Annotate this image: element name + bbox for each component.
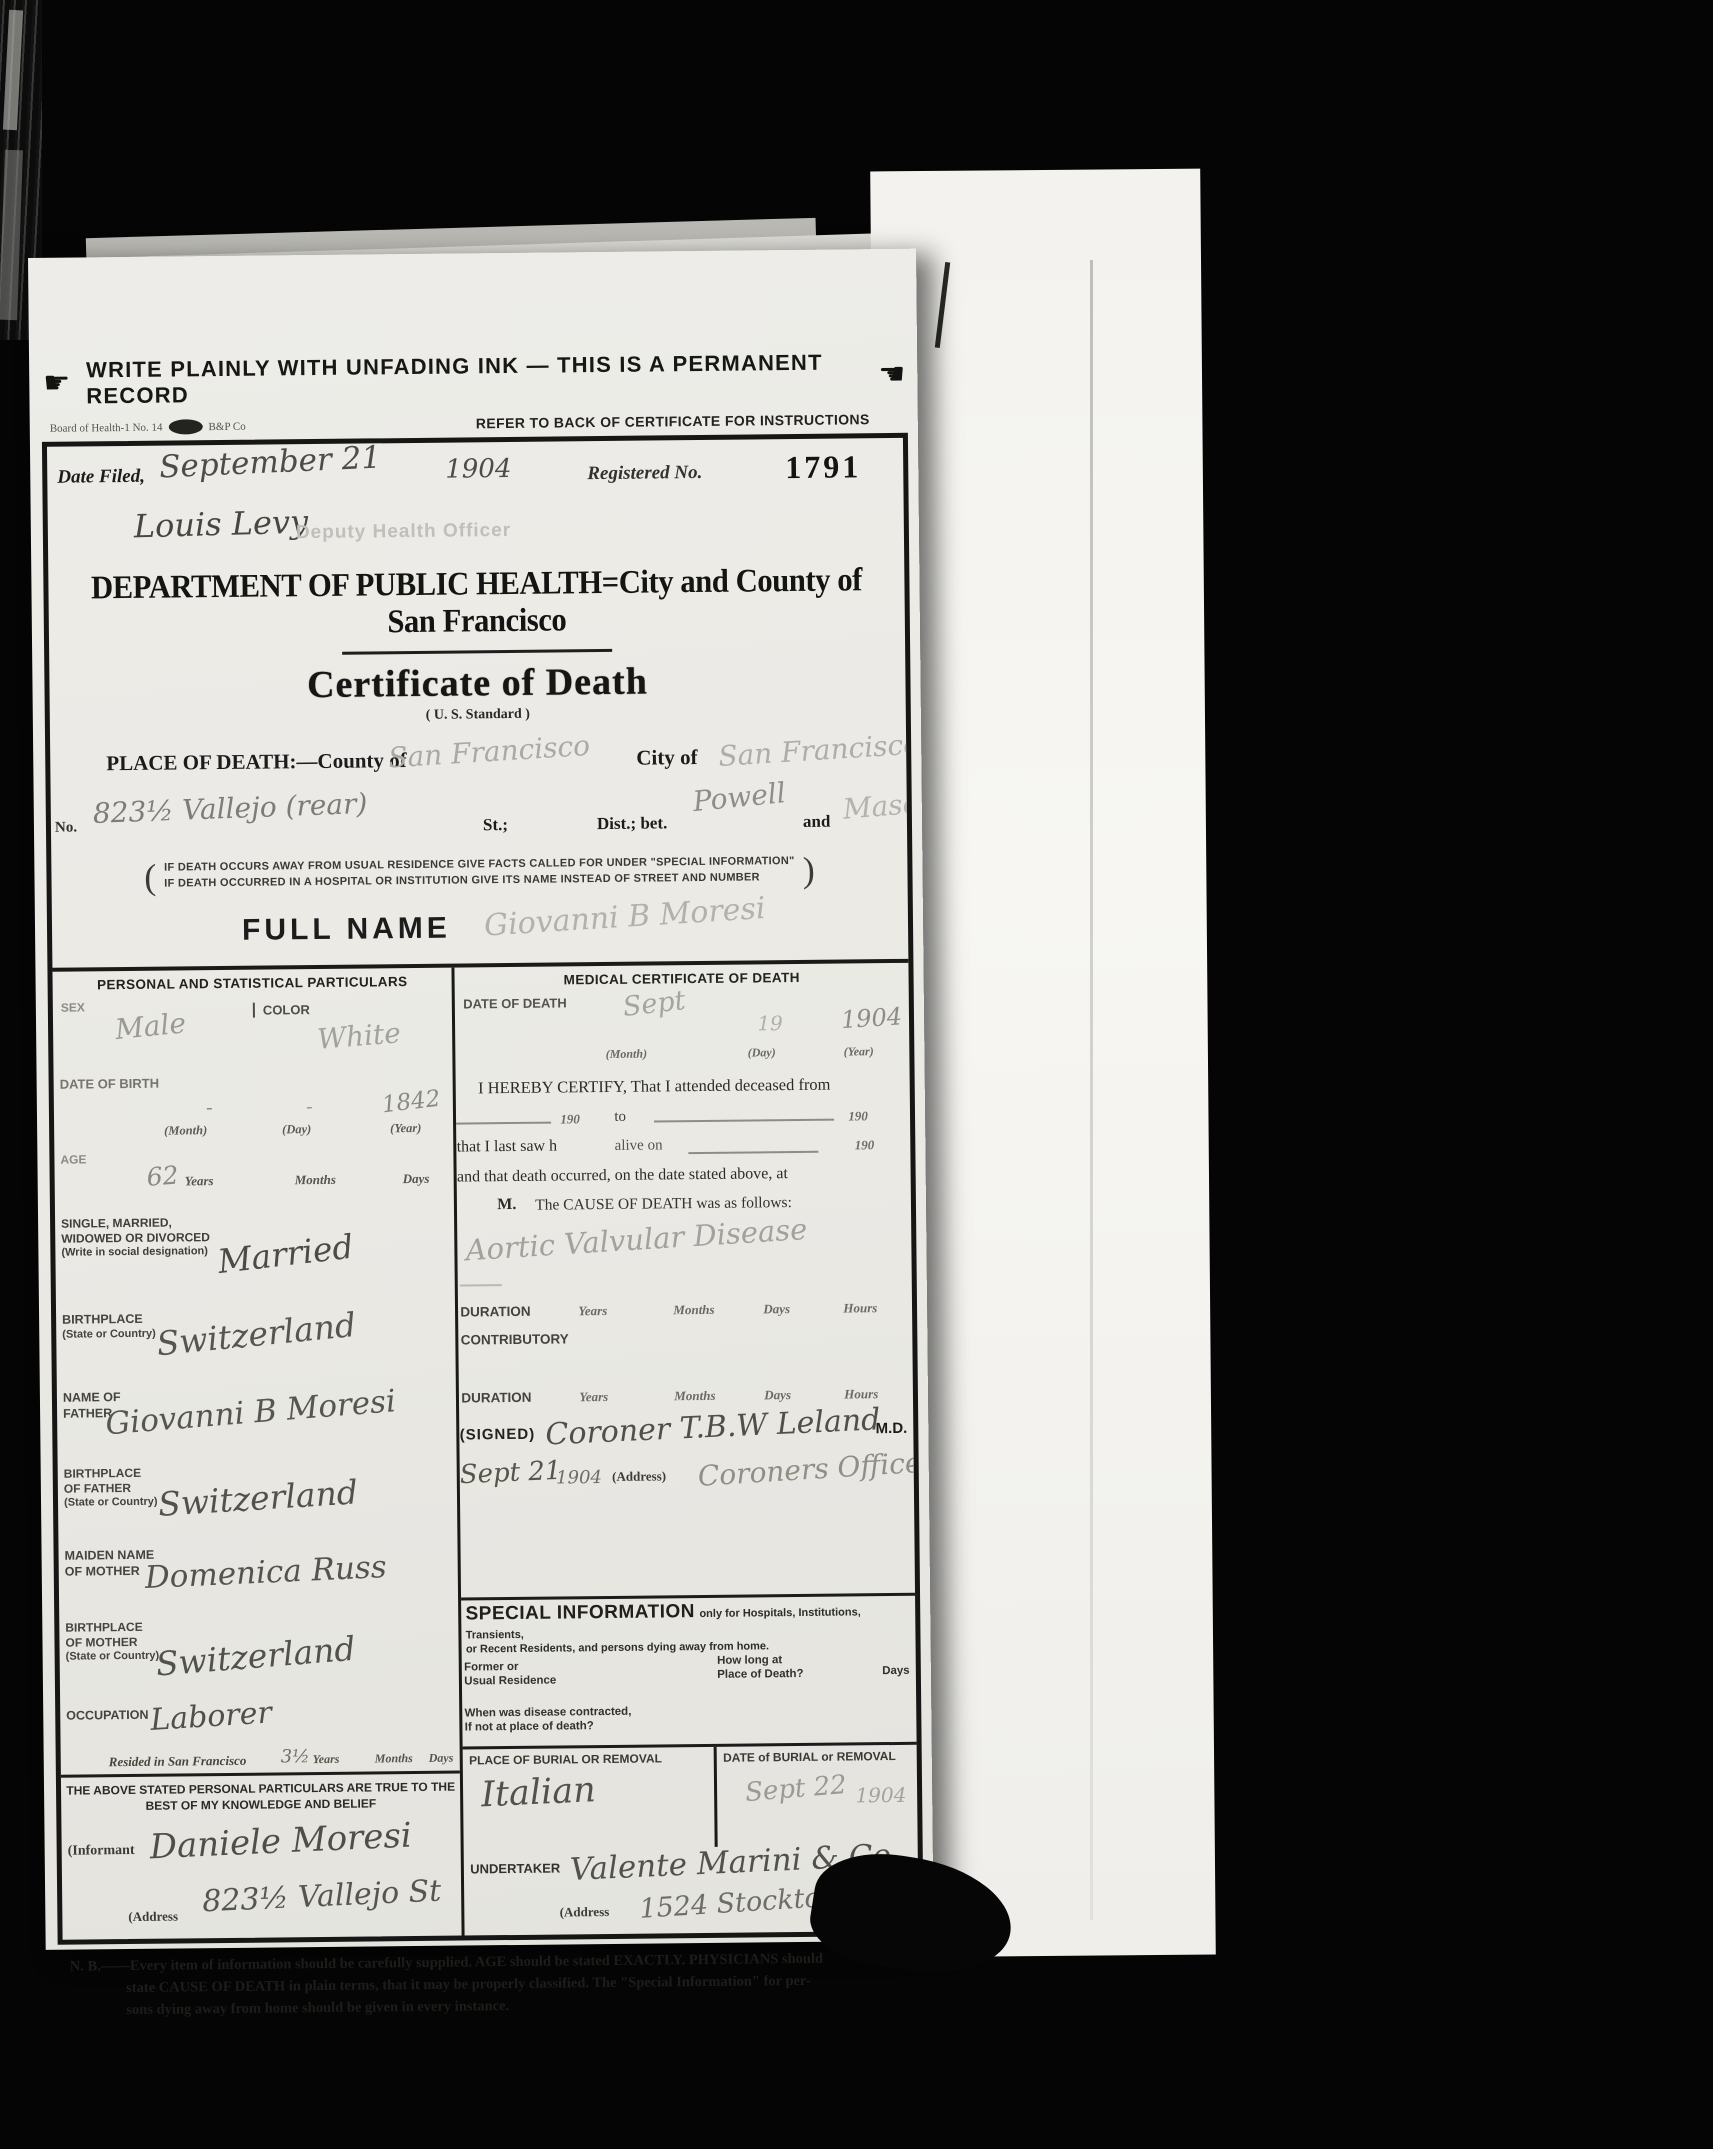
form-code: Board of Health-1 No. 14 B&P Co <box>50 419 246 436</box>
registrar-signature: Louis Levy <box>133 503 308 546</box>
signed-date-row: Sept 21 1904 (Address) Coroners Office <box>460 1454 914 1499</box>
cause-of-death-label: The CAUSE OF DEATH was as follows: <box>535 1194 792 1215</box>
duration2-months: Months <box>674 1388 715 1404</box>
dist-label: Dist.; bet. <box>597 813 668 834</box>
undertaker-address-label: (Address <box>560 1904 610 1921</box>
color-value: White <box>316 1016 402 1056</box>
burial-date-value: Sept 22 <box>744 1770 848 1808</box>
dod-day-label: (Day) <box>748 1045 776 1060</box>
duration-months: Months <box>673 1302 714 1318</box>
age-row: AGE 62 Years Months Days <box>54 1147 454 1213</box>
father-birthplace-label: BIRTHPLACE OF FATHER (State or Country) <box>64 1466 158 1511</box>
city-value: San Francisco <box>717 727 921 773</box>
marital-row: SINGLE, MARRIED, WIDOWED OR DIVORCED (Wr… <box>55 1209 455 1305</box>
marital-label: SINGLE, MARRIED, WIDOWED OR DIVORCED (Wr… <box>61 1215 210 1260</box>
dob-month-label: (Month) <box>164 1123 207 1138</box>
duration2-days: Days <box>764 1387 791 1403</box>
dod-month-label: (Month) <box>606 1047 647 1062</box>
informant-value: Daniele Moresi <box>149 1816 413 1868</box>
last-saw-row: that I last saw h alive on 190 <box>457 1130 911 1165</box>
top-banner: ☛ WRITE PLAINLY WITH UNFADING INK — THIS… <box>43 349 905 410</box>
certify-190a: 190 <box>560 1111 580 1127</box>
signed-date-year: 1904 <box>556 1467 602 1488</box>
and-street-value: Mason <box>842 785 924 825</box>
signed-address-label: (Address) <box>612 1468 666 1485</box>
informant-address-label: (Address <box>128 1909 178 1926</box>
backing-page-crease <box>1090 260 1093 1920</box>
certificate-border-box: Date Filed, September 21 1904 Registered… <box>42 433 924 1945</box>
duration2-label: DURATION <box>461 1390 531 1406</box>
informant-address-row: (Address 823½ Vallejo St <box>62 1876 462 1940</box>
sex-color-row: SEX Male COLOR White <box>53 993 453 1071</box>
personal-column: PERSONAL AND STATISTICAL PARTICULARS SEX… <box>52 968 464 1940</box>
birthplace-value: Switzerland <box>155 1305 358 1363</box>
former-residence-row: Former or Usual Residence How long at Pl… <box>462 1648 916 1703</box>
age-label: AGE <box>60 1152 86 1166</box>
mother-value: Domenica Russ <box>144 1549 387 1596</box>
informant-label: (Informant <box>68 1843 135 1860</box>
street-no-label: No. <box>55 820 77 837</box>
and-label: and <box>803 812 831 832</box>
resided-years-value: 3½ <box>281 1746 310 1767</box>
birthplace-row: BIRTHPLACE (State or Country) Switzerlan… <box>56 1301 456 1379</box>
open-paren: ( <box>144 856 156 898</box>
date-filed-year: 1904 <box>445 454 511 485</box>
former-residence-label: Former or Usual Residence <box>464 1660 556 1690</box>
duration-days: Days <box>763 1301 790 1317</box>
form-meta-row: Board of Health-1 No. 14 B&P Co REFER TO… <box>50 411 900 436</box>
special-info-title: SPECIAL INFORMATION <box>465 1601 695 1624</box>
alive-on-text: alive on <box>615 1137 663 1155</box>
dob-label: DATE OF BIRTH <box>60 1076 160 1092</box>
street-row: No. 823½ Vallejo (rear) St.; Dist.; bet.… <box>51 785 908 856</box>
burial-date-cell: DATE of BURIAL or REMOVAL Sept 22 1904 <box>717 1745 918 1847</box>
full-name-row: FULL NAME Giovanni B Moresi <box>52 891 909 968</box>
informant-address-value: 823½ Vallejo St <box>202 1874 442 1920</box>
m-label: M. <box>497 1196 516 1214</box>
disease-contracted-label: When was disease contracted, If not at p… <box>465 1705 632 1735</box>
full-name-label: FULL NAME <box>242 912 451 948</box>
duration2-hours: Hours <box>844 1386 878 1402</box>
resided-label: Resided in San Francisco <box>109 1753 247 1770</box>
duration2-years: Years <box>579 1389 608 1405</box>
registered-no-label: Registered No. <box>587 462 702 485</box>
registered-no-value: 1791 <box>785 448 861 486</box>
close-paren: ) <box>802 849 814 891</box>
footnote: N. B.——Every item of information should … <box>70 1948 917 2022</box>
resided-years-label: Years <box>313 1752 340 1767</box>
special-info-header: SPECIAL INFORMATION only for Hospitals, … <box>461 1596 915 1653</box>
contributory-label: CONTRIBUTORY <box>461 1331 569 1347</box>
birthplace-label: BIRTHPLACE (State or Country) <box>62 1312 156 1342</box>
informant-row: (Informant Daniele Moresi <box>61 1820 461 1880</box>
burial-place-cell: PLACE OF BURIAL OR REMOVAL Italian <box>463 1747 718 1850</box>
registrar-stamp: Deputy Health Officer <box>296 520 511 544</box>
date-of-death-day: 19 <box>757 1011 783 1035</box>
date-filed-label: Date Filed, <box>57 466 145 489</box>
scanned-death-certificate: ☛ WRITE P ☛ WRITE PLAINLY WITH UNFADING … <box>0 0 1713 2149</box>
contributory-row: CONTRIBUTORY <box>459 1322 913 1357</box>
father-value: Giovanni B Moresi <box>104 1383 397 1442</box>
header-rule <box>342 649 612 655</box>
form-code-left: Board of Health-1 No. 14 <box>50 421 163 434</box>
mother-birthplace-value: Switzerland <box>154 1629 356 1684</box>
mother-row: MAIDEN NAME OF MOTHER Domenica Russ <box>58 1537 458 1617</box>
disease-contracted-row: When was disease contracted, If not at p… <box>462 1698 916 1747</box>
color-label: COLOR <box>253 1002 310 1018</box>
sex-value: Male <box>114 1006 188 1046</box>
dod-year-label: (Year) <box>844 1044 874 1059</box>
sex-label: SEX <box>61 1000 85 1014</box>
occurred-row: and that death occurred, on the date sta… <box>457 1160 911 1195</box>
certify-row: I HEREBY CERTIFY, That I attended deceas… <box>456 1072 910 1107</box>
mother-birthplace-label: BIRTHPLACE OF MOTHER (State or Country) <box>65 1620 159 1665</box>
form-code-right: B&P Co <box>208 420 245 432</box>
age-value: 62 <box>146 1160 180 1191</box>
place-of-death-label: PLACE OF DEATH:—County of <box>106 748 407 776</box>
dob-year-value: 1842 <box>381 1086 442 1119</box>
last-saw-190: 190 <box>855 1137 875 1153</box>
burial-section: PLACE OF BURIAL OR REMOVAL Italian DATE … <box>463 1745 918 1850</box>
dob-day-mark: - <box>306 1094 313 1118</box>
dob-year-label: (Year) <box>390 1121 421 1136</box>
certify-to: to <box>614 1109 626 1126</box>
refer-note: REFER TO BACK OF CERTIFICATE FOR INSTRUC… <box>476 411 870 431</box>
how-long-label: How long at Place of Death? <box>717 1653 804 1683</box>
father-row: NAME OF FATHER Giovanni B Moresi <box>57 1375 457 1461</box>
burial-place-value: Italian <box>481 1770 597 1815</box>
registrar-row: Louis Levy Deputy Health Officer <box>48 498 905 569</box>
signed-date: Sept 21 <box>459 1456 562 1491</box>
pointing-hand-icon: ☚ <box>878 360 905 390</box>
date-of-death-month: Sept <box>622 985 688 1023</box>
dob-day-label: (Day) <box>282 1122 311 1137</box>
occurred-text: and that death occurred, on the date sta… <box>457 1165 788 1186</box>
father-birthplace-row: BIRTHPLACE OF FATHER (State or Country) … <box>58 1457 458 1541</box>
certificate-page: ☛ WRITE PLAINLY WITH UNFADING INK — THIS… <box>28 249 934 1950</box>
burial-place-label: PLACE OF BURIAL OR REMOVAL <box>469 1751 662 1767</box>
occupation-label: OCCUPATION <box>66 1708 148 1724</box>
duration-hours: Hours <box>843 1300 877 1316</box>
date-filed-row: Date Filed, September 21 1904 Registered… <box>47 438 904 507</box>
resided-row: Resided in San Francisco 3½ Years Months… <box>61 1745 461 1775</box>
duration-years: Years <box>578 1303 607 1319</box>
columns: PERSONAL AND STATISTICAL PARTICULARS SEX… <box>52 959 918 1940</box>
burial-date-year: 1904 <box>855 1783 906 1808</box>
full-name-value: Giovanni B Moresi <box>483 891 766 944</box>
occupation-row: OCCUPATION Laborer <box>60 1695 460 1749</box>
date-of-death-year: 1904 <box>841 1002 904 1034</box>
age-years-label: Years <box>185 1173 214 1189</box>
undertaker-label: UNDERTAKER <box>470 1861 560 1877</box>
certify-190b: 190 <box>848 1108 868 1124</box>
resided-days-label: Days <box>429 1751 454 1766</box>
duration-label: DURATION <box>460 1304 530 1320</box>
burial-date-label: DATE of BURIAL or REMOVAL <box>723 1749 896 1765</box>
certify-text: I HEREBY CERTIFY, That I attended deceas… <box>478 1075 831 1099</box>
father-birthplace-value: Switzerland <box>157 1472 359 1523</box>
date-of-death-label: DATE OF DEATH <box>463 995 567 1011</box>
age-days-label: Days <box>403 1171 430 1187</box>
signed-label: (SIGNED) <box>460 1426 536 1444</box>
printer-stamp-icon <box>168 419 202 434</box>
cause-row: Aortic Valvular Disease <box>457 1218 911 1273</box>
age-months-label: Months <box>295 1172 336 1188</box>
date-filed-value: September 21 <box>158 439 381 485</box>
street-value: 823½ Vallejo (rear) <box>92 787 368 830</box>
city-label: City of <box>636 745 698 771</box>
special-days-label: Days <box>882 1664 910 1679</box>
dob-row: DATE OF BIRTH - - 1842 (Month) (Day) (Ye… <box>54 1067 454 1151</box>
certificate-title: Certificate of Death <box>49 657 905 710</box>
pointing-hand-icon: ☛ <box>43 369 70 399</box>
mother-label: MAIDEN NAME OF MOTHER <box>65 1548 155 1580</box>
last-saw-text: that I last saw h <box>457 1138 558 1157</box>
occupation-value: Laborer <box>149 1695 272 1738</box>
resided-months-label: Months <box>375 1751 413 1766</box>
department-header: DEPARTMENT OF PUBLIC HEALTH=City and Cou… <box>48 562 905 645</box>
st-label: St.; <box>483 815 508 835</box>
medical-column: MEDICAL CERTIFICATE OF DEATH DATE OF DEA… <box>455 963 919 1936</box>
dob-month-mark: - <box>206 1095 213 1119</box>
county-value: San Francisco <box>387 729 591 775</box>
marital-value: Married <box>216 1227 356 1281</box>
mother-birthplace-row: BIRTHPLACE OF MOTHER (State or Country) … <box>59 1613 459 1699</box>
department-title: DEPARTMENT OF PUBLIC HEALTH=City and Cou… <box>78 562 875 644</box>
md-label: M.D. <box>876 1420 908 1437</box>
date-of-death-row: DATE OF DEATH Sept 19 1904 (Month) (Day)… <box>455 988 910 1077</box>
banner-text: WRITE PLAINLY WITH UNFADING INK — THIS I… <box>86 349 863 409</box>
